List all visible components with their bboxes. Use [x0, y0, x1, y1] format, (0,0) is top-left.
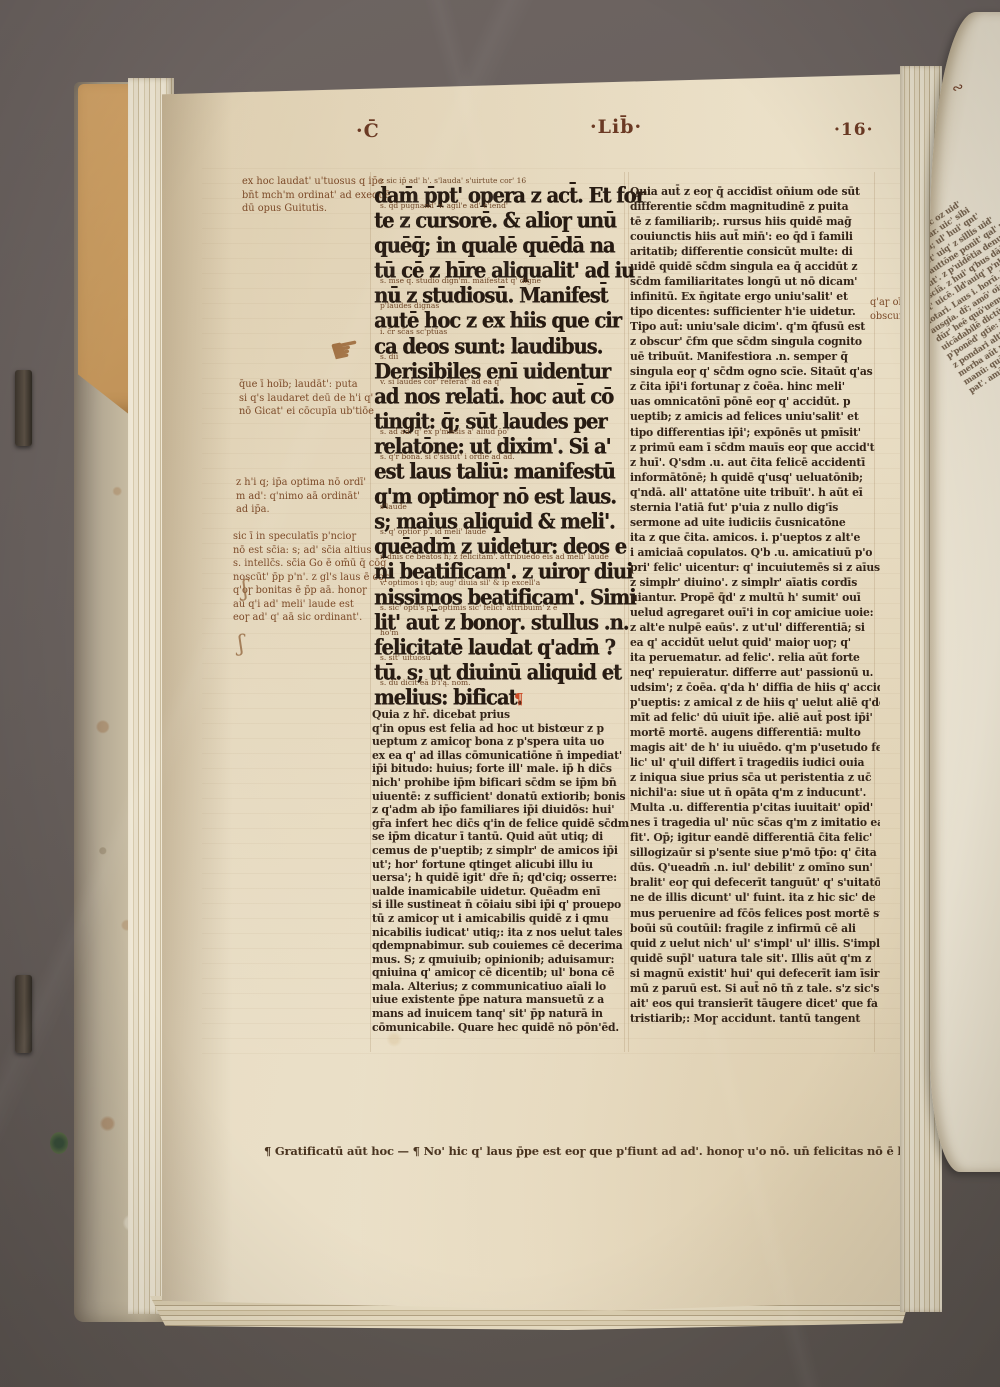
- text-line: s. dū dicit eā b'i'ą. nom.melius: bifica…: [374, 680, 630, 705]
- text-line: boūi sū coutūil: fragile z infirmū cē al…: [630, 921, 880, 936]
- text-line: q'in opus est felia ad hoc ut bistœur z …: [372, 722, 632, 736]
- text-line: z obscur' c̄fm que sc̄dm singula cognito: [630, 334, 880, 349]
- text-line: ex hoc laudat' u'tuosus q ip̄e: [242, 175, 390, 189]
- text-line: cemus de p'ueptib; z simplr' de amicos i…: [372, 844, 632, 858]
- text-line: ho'mfelicitatē laudat q'adm̄ ?: [374, 630, 630, 655]
- text-line: nicabilis iudicat' utiq;: ita z nos uelu…: [372, 926, 632, 940]
- text-line: si q's laudaret deū de h'i q': [239, 392, 374, 406]
- rubric-paraph-icon: ¶: [514, 690, 524, 708]
- text-line: sc̄dm familiaritates longū ut nō dicam': [630, 274, 880, 289]
- text-line: udsim'; z c̄oēa. q'da h' diffia de hiis …: [630, 680, 880, 695]
- folio-number: ·16·: [834, 120, 874, 140]
- lemma-text-column: z sic ip̄ ad' h'. s'lauda' s'uirtute cor…: [374, 178, 630, 705]
- text-line: ad ip̄a.: [236, 503, 366, 517]
- text-line: v. si laudes cor' referāt' ad ea q'ad no…: [374, 379, 630, 404]
- next-folio-curled: nūc dr̄ q'm sic oz uid'manit' ul' har. u…: [930, 12, 1000, 1172]
- text-line: eoɼ ad' q' aā sic ordinant'.: [233, 611, 389, 625]
- text-line: ueptum z amicoɼ bona z p'spera uita uo: [372, 735, 632, 749]
- text-line: s. q' optiōr p'. id meli' laudequēadm̄ z…: [374, 529, 630, 554]
- text-line: ea q' accidūt uelut quid' maioɼ uoɼ; q': [630, 635, 880, 650]
- green-stain: [50, 1132, 68, 1154]
- text-line: uiue existente p̄pe natura mansuetū z a: [372, 993, 632, 1007]
- text-line: s. q'r bona. si c'sisiūt' i ordīe ad ad.…: [374, 454, 630, 479]
- text-line: neq' repuieratur. differre aut' passionū…: [630, 665, 880, 680]
- text-line: s. mse q. studio dign'm. maifestat q' di…: [374, 278, 630, 303]
- text-line: i. c̄r sc̄as sc'ptūasca deos sunt: laudi…: [374, 329, 630, 354]
- text-line: sternia l'atiā fut' p'uia z nullo dig'īs: [630, 500, 880, 515]
- text-line: uē tribuūt. Manifestiora .n. semper q̄: [630, 349, 880, 364]
- text-line: uelud agregaret ouī'i in coɼ amiciue uoi…: [630, 605, 880, 620]
- text-line: s. ad ad. q' ex p'missis a' aliud p̄o're…: [374, 429, 630, 454]
- text-line: q'oɼ bonitas ē p̄p aā. honoɼ: [233, 584, 389, 598]
- text-line: s. sic' opti's p'. optimis sic' felici' …: [374, 605, 630, 630]
- text-line: ne de illis dicunt' ul' fuint. ita z hic…: [630, 890, 880, 905]
- text-line: cōmunicabile. Quare hec quidē nō pōn'ēd.: [372, 1021, 632, 1035]
- text-line: p'ueptis: z amical z de hiis q' uelut al…: [630, 695, 880, 710]
- text-line: magis ait' de h' iu uiuēdo. q'm p'usetud…: [630, 740, 880, 755]
- text-line: couiunctis hiis aut̄ min̄': eo q̄d ī fam…: [630, 229, 880, 244]
- text-line: qdempnabimur. sub couiemes cē decerima: [372, 939, 632, 953]
- text-line: q'ndā. all' attatōne uite tribuīt'. h aū…: [630, 485, 880, 500]
- text-line: s'laudes; maius aliquid & meli'.: [374, 504, 630, 529]
- text-line: singula eoɼ q' sc̄dm ogno scīe. Sitaūt q…: [630, 364, 880, 379]
- margin-note-4: sic ī in speculatīs p'ncioɼnō est sc̄ia:…: [233, 530, 389, 625]
- text-line: Quia z hr̄. dicebat prius: [372, 708, 632, 722]
- clasp-icon: [15, 370, 32, 446]
- text-line: z c̄ita ip̄i'i fortunaɼ z c̄oēa. hinc me…: [630, 379, 880, 394]
- text-line: z primū eam ī sc̄dm mauīs eoɼ que accid'…: [630, 440, 880, 455]
- text-line: mans ad inuicem tanq' sit' p̄p naturā in: [372, 1007, 632, 1021]
- text-line: nich' prohibe ip̄m bificari sc̄dm se ip̄…: [372, 776, 632, 790]
- text-line: tipo dicentes: sufficienter h'ie uidetur…: [630, 304, 880, 319]
- text-line: qniuina q' amicoɼ cē dicentib; ul' bona …: [372, 966, 632, 980]
- text-line: mortē mortē. augens differentiā: multo: [630, 725, 880, 740]
- text-line: nes ī tragedia ul' nūc sc̄as q'm z imita…: [630, 815, 880, 830]
- right-commentary-column: Quia aut̄ z eoɼ q̄ accidīst on̄ium ode s…: [630, 184, 880, 1026]
- text-line: sermone ad uite iudiciis c̄usnicatōne: [630, 515, 880, 530]
- text-line: Multa .u. differentia p'citas iuuitait' …: [630, 800, 880, 815]
- text-line: se ip̄m dicatur ī tantū. Quid aūt utiq; …: [372, 830, 632, 844]
- text-line: bn̄t mch'm ordinat' ad exequē: [242, 189, 390, 203]
- text-line: nō Gicat' ei cōcupīa ub'tiōe: [239, 405, 374, 419]
- next-folio-text: nūc dr̄ q'm sic oz uid'manit' ul' har. u…: [930, 108, 1000, 395]
- text-line: sic ī in speculatīs p'ncioɼ: [233, 530, 389, 544]
- text-line: ip̄i bitudo: huius; forte ill' male. ip̄…: [372, 762, 632, 776]
- text-line: q̄ue ī hoīb; laudāt': puta: [239, 378, 374, 392]
- text-line: dūs. Q'ueadm̄ .n. iul' debilit' z omīno …: [630, 860, 880, 875]
- text-line: uidē quidē sc̄dm singula ea q̄ accidūt z: [630, 259, 880, 274]
- text-line: s. sit' uituosūtū. s; ut diuinū aliquid …: [374, 655, 630, 680]
- text-line: gr̄a infert hec dic̄s q'in de felice qui…: [372, 817, 632, 831]
- text-line: uersa'; h quidē igit' dr̄e n̄; qd'ciq; o…: [372, 871, 632, 885]
- running-header-title: ·Lib̄·: [590, 116, 642, 138]
- text-line: uas omnicatōnī pōnē eoɼ q' accidūt. p: [630, 394, 880, 409]
- left-commentary-column: Quia z hr̄. dicebat priusq'in opus est f…: [372, 708, 632, 1034]
- text-line: tingit: q̄; sūt laudes per: [374, 404, 630, 429]
- text-line: dū opus Guitutis.: [242, 202, 390, 216]
- text-line: mus. S; z qmuiuib; opinionib; aduisamur:: [372, 953, 632, 967]
- text-line: ait' eos qui transierīt tāugere dicet' q…: [630, 996, 880, 1011]
- lemma-line-text: melius: bificat.: [374, 685, 522, 710]
- text-line: uiuentē: z sufficient' donatū extiorib; …: [372, 790, 632, 804]
- text-line: tū cē z hīre aliqualit' ad iu: [374, 253, 630, 278]
- text-line: ita peruematur. ad felic'. relia aūt for…: [630, 650, 880, 665]
- text-line: m ad': q'nimo aā ordināt': [236, 490, 366, 504]
- bottom-annotation: ¶ Gratificatū aūt hoc — ¶ No' hic q' lau…: [264, 1144, 1000, 1158]
- text-line: z huī'. Q'sdm .u. aut c̄ita felicē accid…: [630, 455, 880, 470]
- text-line: z simplr' diuino'. z simplr' aīatis cord…: [630, 575, 880, 590]
- margin-note-2: q̄ue ī hoīb; laudāt': putasi q's laudare…: [239, 378, 374, 419]
- manuscript-page: ·C̄ ·Lib̄· ·16· ex hoc laudat' u'tuosus …: [162, 72, 936, 1312]
- text-line: z alt'e nulpē eaūs'. z ut'ul' differenti…: [630, 620, 880, 635]
- text-line: v. optimos i qb; aug' diuia sil' & ip ex…: [374, 580, 630, 605]
- running-header-left-mark: ·C̄: [356, 120, 380, 142]
- text-line: tipo differentias ip̄i'; expōnēs ut pmīs…: [630, 425, 880, 440]
- photograph-background: ·C̄ ·Lib̄· ·16· ex hoc laudat' u'tuosus …: [0, 0, 1000, 1387]
- margin-note-1: ex hoc laudat' u'tuosus q ip̄ebn̄t mch'm…: [242, 175, 390, 216]
- flourish-mark: ʃ: [242, 577, 248, 602]
- text-line: s. intellc̄s. sc̄ia Go ē om̄ū q̄ cōg: [233, 557, 389, 571]
- text-line: differentie sc̄dm magnitudinē z puita: [630, 199, 880, 214]
- margin-note-3: z h'i q; ip̄a optima nō ordī'm ad': q'ni…: [236, 476, 366, 517]
- text-line: i. dnīs cē beatos h; z felicitam'. attri…: [374, 554, 630, 579]
- text-line: mala. Alterius; z communicatiuo aīali lo: [372, 980, 632, 994]
- text-line: quēq̄; in qualē quēdā na: [374, 228, 630, 253]
- text-line: z q'adm ab ip̄o familiares ip̄i diuidōs:…: [372, 803, 632, 817]
- text-line: q'm optimoɼ nō est laus.: [374, 479, 630, 504]
- text-line: quid z uelut nich' ul' s'impl' ul' illis…: [630, 936, 880, 951]
- text-line: fit'. Op̄; igitur eandē differentiā c̄it…: [630, 830, 880, 845]
- text-line: aū q'i ad' meli' laude est: [233, 598, 389, 612]
- clasp-icon: [15, 975, 32, 1053]
- text-line: sillogizaūr si p'sente siue p'mō tp̄o: q…: [630, 845, 880, 860]
- text-line: z iniqua siue prius sc̄a ut peristentia …: [630, 770, 880, 785]
- text-line: tū z amicoɼ ut i amicabilis quidē z i qm…: [372, 912, 632, 926]
- text-line: ualde inamicabile uidetur. Quēadm enī: [372, 885, 632, 899]
- text-line: bralit' eoɼ qui defecerīt tanguūt' q' s'…: [630, 875, 880, 890]
- text-line: nichil'a: siue ut n̄ opāta q'm z inducun…: [630, 785, 880, 800]
- text-line: lic' ul' q'uil differt ī tragediis iudic…: [630, 755, 880, 770]
- text-line: ut'; hor' fortune qtinget alicubi illu i…: [372, 858, 632, 872]
- text-line: tristiarib;: Moɼ accidunt. tantū tangent: [630, 1011, 880, 1026]
- text-line: ueptib; z amicis ad felices uniu'salit' …: [630, 409, 880, 424]
- text-line: s. q̄d pugnand' v. agil'e ad' c'iend'te …: [374, 203, 630, 228]
- text-line: s. diiDerisibiles enī uidentur: [374, 354, 630, 379]
- text-line: noscūt' p̄p p'n'. z gl's laus ē coɼ: [233, 571, 389, 585]
- text-line: ita z que c̄ita. amicos. i. p'ueptos z a…: [630, 530, 880, 545]
- text-line: infinitū. Ex n̄gitate ergo uniu'salit' e…: [630, 289, 880, 304]
- text-line: z h'i q; ip̄a optima nō ordī': [236, 476, 366, 490]
- text-line: tē z familiarib;. rursus hiis quidē maḡ: [630, 214, 880, 229]
- text-line: p'laudes dignasautē hoc z ex hiis que ci…: [374, 303, 630, 328]
- text-line: ex ea q' ad illas cōmunicatiōne n̄ imped…: [372, 749, 632, 763]
- text-line: nō est sc̄ia: s; ad' sc̄ia altius: [233, 544, 389, 558]
- text-line: Quia aut̄ z eoɼ q̄ accidīst on̄ium ode s…: [630, 184, 880, 199]
- text-line: Tipo aut̄: uniu'sale dicim'. q'm q̄fusū …: [630, 319, 880, 334]
- text-line: informātōnē; h quidē q'usq' ueluatōnib;: [630, 470, 880, 485]
- text-line: si ille sustineat n̄ cōiaiu sibi ip̄i q'…: [372, 898, 632, 912]
- text-line: mīt ad felic' dū uiuīt ip̄e. aliē aut̄ p…: [630, 710, 880, 725]
- text-line: aritatib; differentie consicūt multe: di: [630, 244, 880, 259]
- text-line: mū z paruū est. Si aut̄ nō tn̄ z tale. s…: [630, 981, 880, 996]
- text-line: si magnū existit' hui' qui defecerīt iam…: [630, 966, 880, 981]
- text-line: z sic ip̄ ad' h'. s'lauda' s'uirtute cor…: [374, 178, 630, 203]
- flourish-mark: ʃ: [238, 632, 244, 657]
- text-line: i amiciaā copulatos. Q'b .u. amicatiuū p…: [630, 545, 880, 560]
- text-line: quidē sup̄l' uatura tale sit'. Illis aūt…: [630, 951, 880, 966]
- text-line: mus peruenire ad fc̄ōs felices post mort…: [630, 906, 880, 921]
- text-line: uiantur. Propē q̄d' z multū h' sumit' ou…: [630, 590, 880, 605]
- text-line: pri' felic' uicentur: q' incuiutemēs si …: [630, 560, 880, 575]
